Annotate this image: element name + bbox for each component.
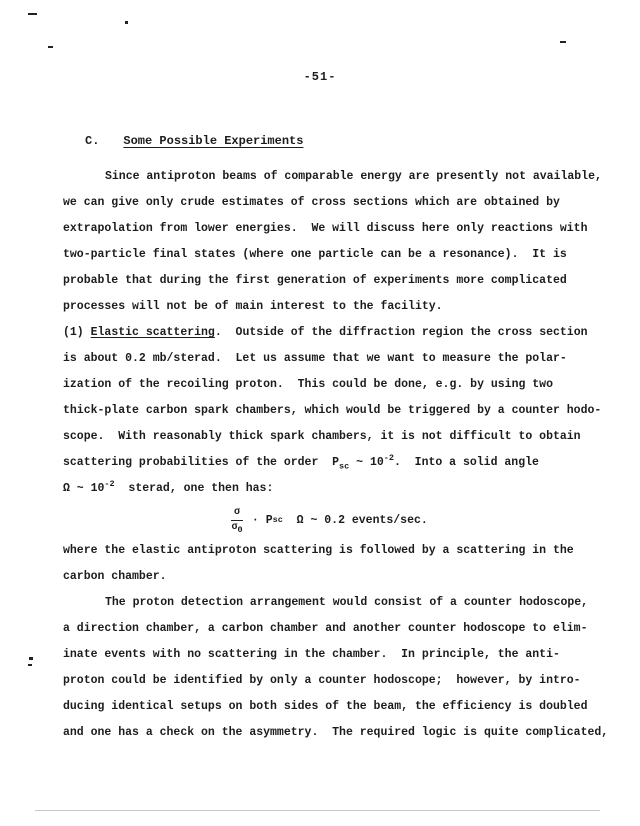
- scan-artifact-dot: [125, 21, 128, 24]
- document-body: Since antiproton beams of comparable ene…: [63, 164, 615, 746]
- scan-artifact-dot: [29, 657, 33, 660]
- text-line: probable that during the first generatio…: [63, 268, 615, 294]
- text-line: is about 0.2 mb/sterad. Let us assume th…: [63, 346, 615, 372]
- equation-fraction: σσ0: [231, 507, 243, 533]
- text-line: processes will not be of main interest t…: [63, 294, 615, 320]
- text-line: ization of the recoiling proton. This co…: [63, 372, 615, 398]
- scanned-document-page: -51- C. Some Possible Experiments Since …: [0, 0, 640, 826]
- text-line: a direction chamber, a carbon chamber an…: [63, 616, 615, 642]
- text-line: thick-plate carbon spark chambers, which…: [63, 398, 615, 424]
- text-line: carbon chamber.: [63, 564, 615, 590]
- text-line: extrapolation from lower energies. We wi…: [63, 216, 615, 242]
- section-title: Some Possible Experiments: [123, 134, 303, 148]
- text-line: where the elastic antiproton scattering …: [63, 538, 615, 564]
- equation: σσ0 · Psc Ω ~ 0.2 events/sec.: [63, 502, 615, 538]
- scan-edge-line: [35, 810, 600, 811]
- scan-artifact-dash: [560, 41, 566, 43]
- text-line: (1) Elastic scattering. Outside of the d…: [63, 320, 615, 346]
- text-line: and one has a check on the asymmetry. Th…: [63, 720, 615, 746]
- scan-artifact-dot: [28, 664, 32, 666]
- page-number: -51-: [0, 70, 640, 84]
- text-line: scope. With reasonably thick spark chamb…: [63, 424, 615, 450]
- text-line: ducing identical setups on both sides of…: [63, 694, 615, 720]
- text-line: Since antiproton beams of comparable ene…: [63, 164, 615, 190]
- scan-artifact-dash: [28, 13, 37, 15]
- section-heading: C. Some Possible Experiments: [85, 134, 640, 148]
- text-line: two-particle final states (where one par…: [63, 242, 615, 268]
- text-line: proton could be identified by only a cou…: [63, 668, 615, 694]
- text-line: scattering probabilities of the order Ps…: [63, 450, 615, 476]
- text-line: inate events with no scattering in the c…: [63, 642, 615, 668]
- scan-artifact-dash: [48, 46, 53, 48]
- text-line: Ω ~ 10-2 sterad, one then has:: [63, 476, 615, 502]
- text-line: The proton detection arrangement would c…: [63, 590, 615, 616]
- text-line: we can give only crude estimates of cros…: [63, 190, 615, 216]
- section-label: C.: [85, 134, 99, 148]
